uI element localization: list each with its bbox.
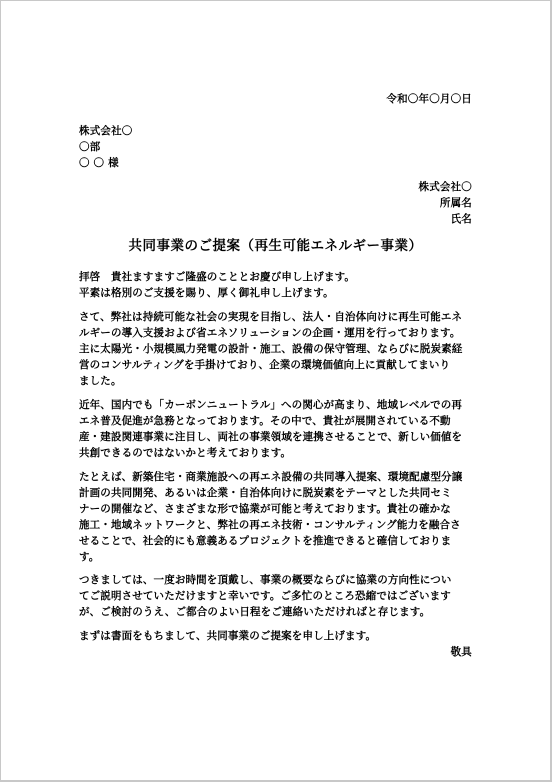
paragraph-line: ルギーの導入支援および省エネソリューションの企画・運用を行っております。 bbox=[79, 325, 479, 341]
paragraph-line: が、ご検討のうえ、ご都合のよい日程をご連絡いただければと存じます。 bbox=[79, 604, 479, 620]
paragraph-line: ナーの開催など、さまざまな形で協業が可能と考えております。貴社の確かな bbox=[79, 501, 479, 517]
body-paragraph-5: まずは書面をもちまして、共同事業のご提案を申し上げます。 bbox=[79, 628, 479, 644]
paragraph-line: 共創できるのではないかと考えております。 bbox=[79, 445, 479, 461]
paragraph-line: まずは書面をもちまして、共同事業のご提案を申し上げます。 bbox=[79, 628, 479, 644]
paragraph-line: ました。 bbox=[79, 373, 479, 389]
document-page: 令和〇年〇月〇日 株式会社〇 〇部 〇 〇 様 株式会社〇 所属名 氏名 共同事… bbox=[0, 0, 552, 782]
letter-date: 令和〇年〇月〇日 bbox=[386, 91, 472, 107]
recipient-company: 株式会社〇 bbox=[79, 123, 133, 139]
letter-title: 共同事業のご提案（再生可能エネルギー事業） bbox=[1, 237, 550, 255]
paragraph-line: てご説明させていただけますと幸いです。ご多忙のところ恐縮ではございます bbox=[79, 588, 479, 604]
greeting-paragraph: 拝啓 貴社ますますご隆盛のこととお慶び申し上げます。 平素は格別のご支援を賜り、… bbox=[79, 269, 479, 301]
body-paragraph-4: つきましては、一度お時間を頂戴し、事業の概要ならびに協業の方向性につい てご説明… bbox=[79, 572, 479, 620]
paragraph-line: つきましては、一度お時間を頂戴し、事業の概要ならびに協業の方向性につい bbox=[79, 572, 479, 588]
sender-company: 株式会社〇 bbox=[419, 179, 473, 195]
paragraph-line: たとえば、新築住宅・商業施設への再エネ設備の共同導入提案、環境配慮型分譲 bbox=[79, 469, 479, 485]
greeting-line: 平素は格別のご支援を賜り、厚く御礼申し上げます。 bbox=[79, 285, 479, 301]
paragraph-line: 産・建設関連事業に注目し、両社の事業領域を連携させることで、新しい価値を bbox=[79, 429, 479, 445]
paragraph-line: エネ普及促進が急務となっております。その中で、貴社が展開されている不動 bbox=[79, 413, 479, 429]
body-paragraph-1: さて、弊社は持続可能な社会の実現を目指し、法人・自治体向けに再生可能エネ ルギー… bbox=[79, 309, 479, 389]
paragraph-line: せることで、社会的にも意義あるプロジェクトを推進できると確信しておりま bbox=[79, 533, 479, 549]
paragraph-line: 営のコンサルティングを手掛けており、企業の環境価値向上に貢献してまいり bbox=[79, 357, 479, 373]
paragraph-line: 主に太陽光・小規模風力発電の設計・施工、設備の保守管理、ならびに脱炭素経 bbox=[79, 341, 479, 357]
paragraph-line: 近年、国内でも「カーボンニュートラル」への関心が高まり、地域レベルでの再 bbox=[79, 397, 479, 413]
paragraph-line: さて、弊社は持続可能な社会の実現を目指し、法人・自治体向けに再生可能エネ bbox=[79, 309, 479, 325]
sender-affiliation: 所属名 bbox=[440, 195, 472, 211]
recipient-department: 〇部 bbox=[79, 139, 100, 155]
sender-name: 氏名 bbox=[451, 211, 472, 227]
recipient-name: 〇 〇 様 bbox=[79, 155, 119, 171]
body-paragraph-3: たとえば、新築住宅・商業施設への再エネ設備の共同導入提案、環境配慮型分譲 計画の… bbox=[79, 469, 479, 565]
greeting-line: 拝啓 貴社ますますご隆盛のこととお慶び申し上げます。 bbox=[79, 269, 479, 285]
body-paragraph-2: 近年、国内でも「カーボンニュートラル」への関心が高まり、地域レベルでの再 エネ普… bbox=[79, 397, 479, 461]
paragraph-line: す。 bbox=[79, 549, 479, 565]
paragraph-line: 計画の共同開発、あるいは企業・自治体向けに脱炭素をテーマとした共同セミ bbox=[79, 485, 479, 501]
paragraph-line: 施工・地域ネットワークと、弊社の再エネ技術・コンサルティング能力を融合さ bbox=[79, 517, 479, 533]
closing-keigu: 敬具 bbox=[451, 644, 472, 660]
